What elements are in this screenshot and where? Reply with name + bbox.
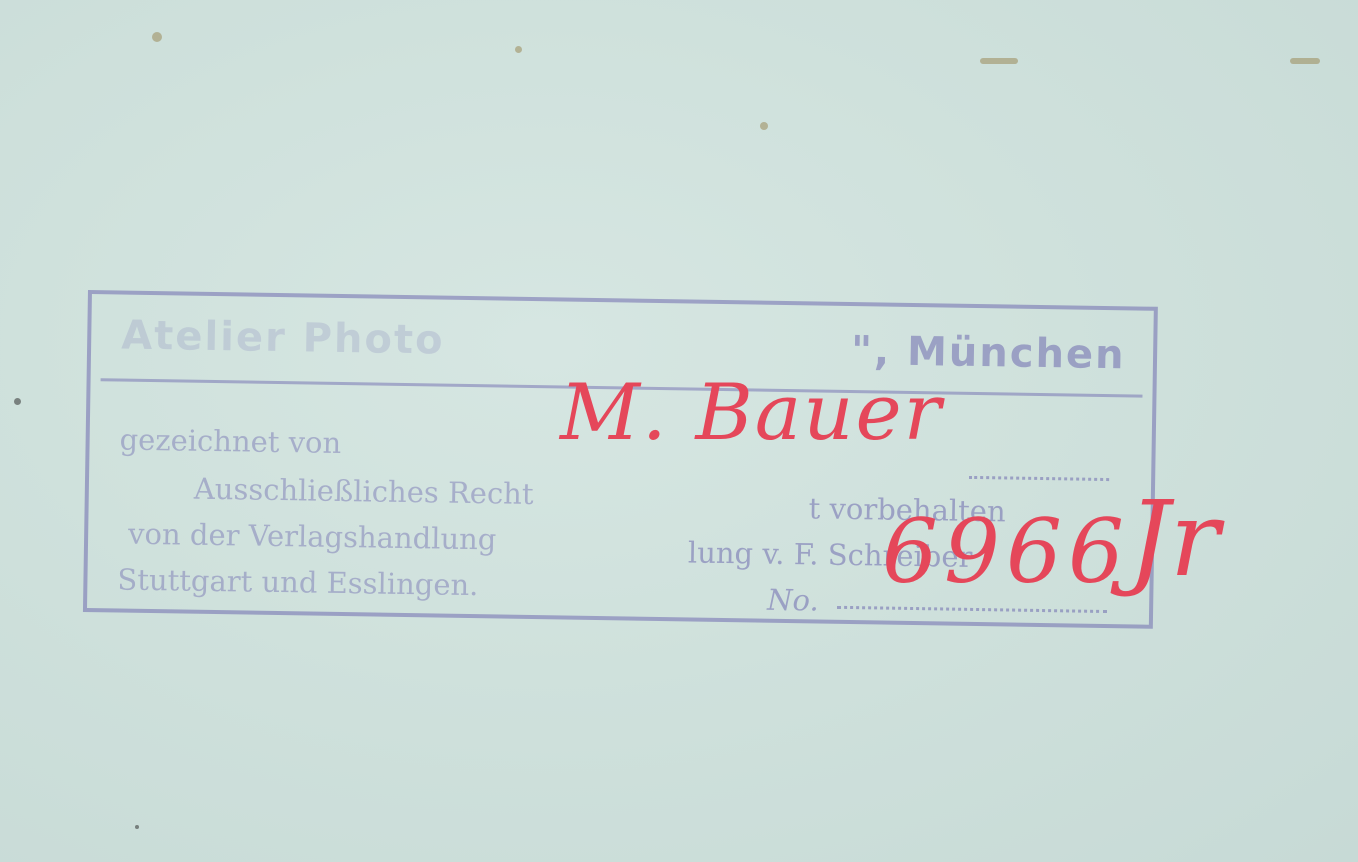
stamp-number-label: No. (767, 583, 819, 618)
paper-speck (152, 32, 162, 42)
stamp-dotted-line (969, 476, 1109, 481)
paper-speck (760, 122, 768, 130)
handwritten-number: 6966 (882, 500, 1130, 603)
paper-speck (1290, 58, 1320, 64)
handwritten-name: M. Bauer (560, 368, 943, 458)
handwritten-suffix: Jr (1128, 478, 1219, 600)
paper-speck (14, 398, 21, 405)
paper-speck (515, 46, 522, 53)
stamp-line-location: Stuttgart und Esslingen. (117, 563, 479, 603)
stamp-line-publisher-left: von der Verlagshandlung (128, 517, 497, 557)
stamp-line-drawn-by: gezeichnet von (119, 423, 341, 460)
paper-speck (980, 58, 1018, 64)
paper-speck (135, 825, 139, 829)
stamp-header-left: Atelier Photo (121, 313, 445, 364)
stamp-line-rights-left: Ausschließliches Recht (194, 472, 534, 511)
stamp-number-dotted-line (837, 606, 1107, 613)
